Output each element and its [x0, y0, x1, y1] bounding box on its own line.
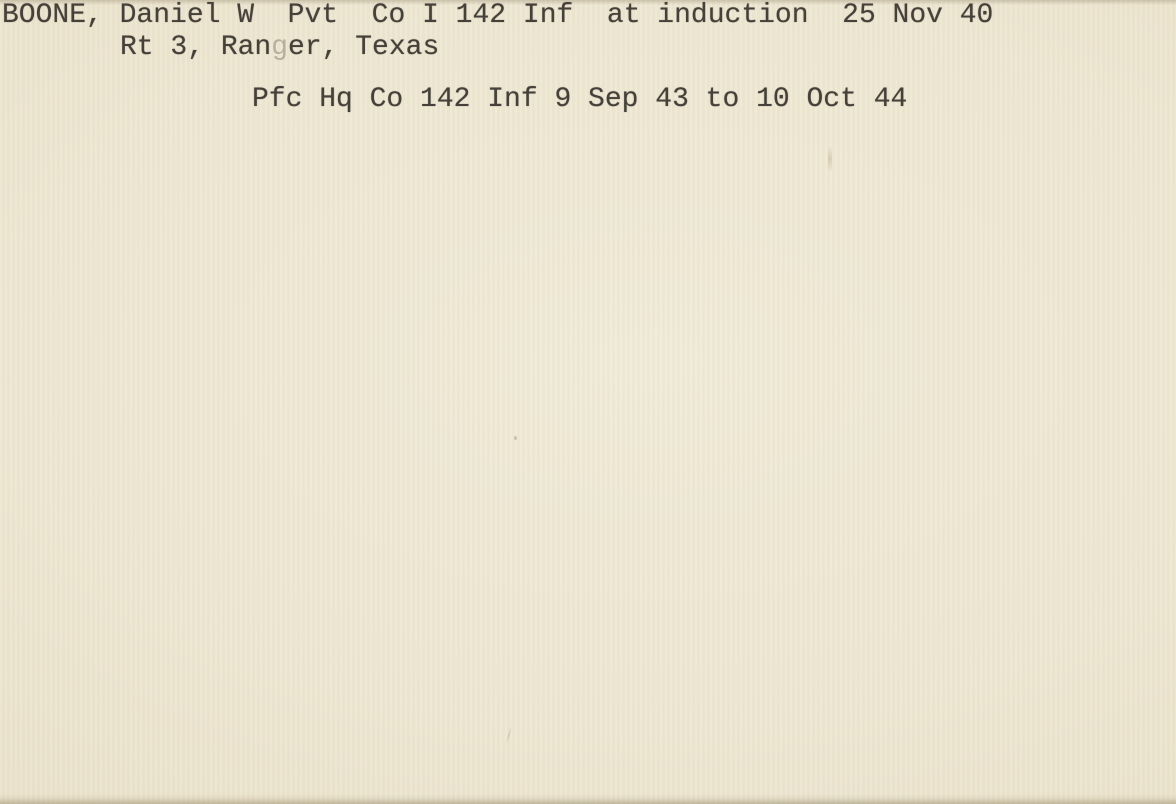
paper-dot-mark	[514, 436, 517, 440]
address-text-end: er, Texas	[288, 32, 439, 63]
scan-edge-bottom	[0, 794, 1176, 804]
address-faded-letter: g	[271, 32, 288, 63]
paper-hair-mark	[506, 726, 512, 744]
address-text-start: Rt 3, Ran	[120, 32, 271, 63]
paper-smudge-mark	[828, 146, 832, 172]
card-line-address: Rt 3, Ranger, Texas	[120, 34, 439, 62]
card-line-name-rank-unit: BOONE, Daniel W Pvt Co I 142 Inf at indu…	[2, 2, 993, 30]
card-line-promotion-dates: Pfc Hq Co 142 Inf 9 Sep 43 to 10 Oct 44	[252, 86, 907, 114]
index-card: BOONE, Daniel W Pvt Co I 142 Inf at indu…	[0, 0, 1176, 804]
